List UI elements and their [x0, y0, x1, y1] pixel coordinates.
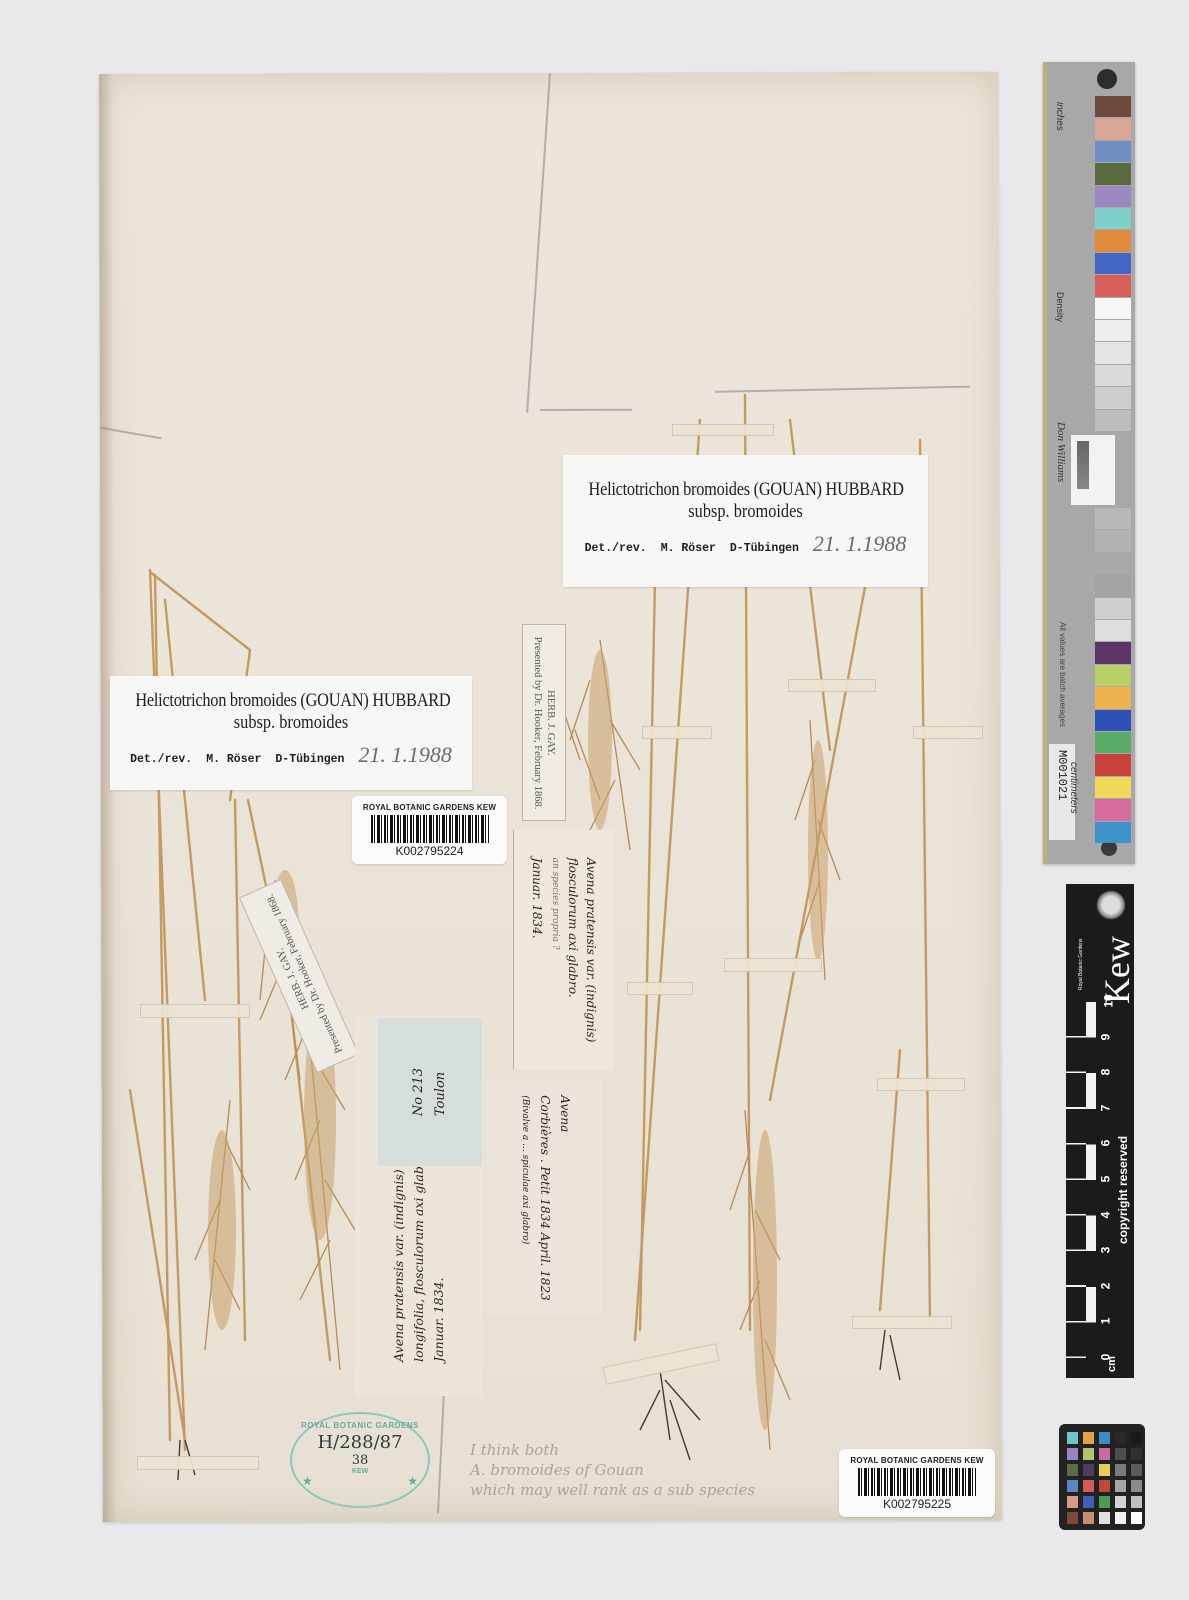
checker-patch [1131, 1464, 1142, 1476]
color-patch [1095, 754, 1131, 775]
color-patch [1095, 118, 1131, 139]
checker-patch [1083, 1512, 1094, 1524]
kew-cm-scale: Kew Royal Botanic Gardens copyright rese… [1066, 884, 1134, 1378]
ruler-number: 1 [1098, 1318, 1112, 1325]
kew-crest-icon [1096, 890, 1126, 920]
checker-patch [1131, 1480, 1142, 1492]
checker-patch [1067, 1432, 1078, 1444]
checker-patch [1115, 1496, 1126, 1508]
checker-patch [1083, 1448, 1094, 1460]
determination-label: Helictotrichon bromoides (GOUAN) HUBBARD… [563, 455, 928, 587]
determiner: M. Röser [661, 542, 716, 555]
note-line: an species propria ? [546, 858, 564, 1043]
note-line: I think both [470, 1440, 870, 1460]
note-line: A. bromoides of Gouan [470, 1460, 870, 1480]
color-patch [1095, 710, 1131, 731]
color-patch [1095, 208, 1131, 229]
checker-patch [1083, 1480, 1094, 1492]
color-patch [1095, 687, 1131, 708]
color-patch [1095, 163, 1131, 184]
note-line: which may well rank as a sub species [470, 1480, 870, 1500]
ruler-number: 5 [1098, 1176, 1112, 1183]
color-patch [1095, 508, 1131, 529]
handwritten-slip: Avena pratensis var. (indignis) flosculo… [513, 830, 614, 1070]
registration-dot-icon [1097, 69, 1117, 89]
ruler-number: 2 [1098, 1282, 1112, 1289]
color-patch [1095, 732, 1131, 753]
color-patch [1095, 298, 1131, 319]
color-patch [1095, 320, 1131, 341]
checker-patch [1099, 1464, 1110, 1476]
mounting-tape [672, 424, 774, 436]
brand-label: Don Williams [1055, 422, 1067, 482]
barcode-icon [371, 815, 489, 843]
determiner-line: Det./rev. M. Röser D-Tübingen 21. 1.1988 [110, 742, 472, 768]
note-line: (Bivalve a ... spiculae axi glabro) [515, 1095, 535, 1300]
scale-unit-top: inches [1054, 102, 1065, 131]
checker-patch [1083, 1432, 1094, 1444]
color-patch [1095, 253, 1131, 274]
mounting-tape [137, 1456, 259, 1470]
mounting-tape [724, 958, 822, 972]
det-location: D-Tübingen [730, 542, 799, 555]
collection-slip: HERB. J. GAY. Presented by Dr. Hooker, F… [522, 624, 566, 821]
color-patch [1095, 186, 1131, 207]
mounting-tape [642, 726, 712, 739]
color-patch [1095, 342, 1131, 363]
checker-patch [1131, 1432, 1142, 1444]
color-patch [1095, 575, 1131, 596]
ruler-number: 6 [1098, 1140, 1112, 1147]
density-label: Density [1055, 292, 1065, 322]
color-patch [1095, 799, 1131, 820]
checker-patch [1115, 1464, 1126, 1476]
ruler-number: 0 [1098, 1354, 1112, 1361]
det-date: 21. 1.1988 [358, 742, 452, 768]
star-icon: ★ [302, 1474, 313, 1488]
handwritten-slip-blue: No 213 Toulon [378, 1018, 482, 1166]
color-calibration-bar: inches Density Don Williams All values a… [1043, 62, 1135, 864]
scale-unit-bottom: centimeters [1068, 762, 1079, 814]
taxon-subspecies: subsp. bromoides [589, 501, 903, 523]
color-patch [1095, 665, 1131, 686]
pencil-annotation: I think both A. bromoides of Gouan which… [470, 1440, 870, 1500]
checker-patch [1083, 1464, 1094, 1476]
taxon-name: Helictotrichon bromoides (GOUAN) HUBBARD [135, 690, 446, 712]
ruler-number: 8 [1098, 1069, 1112, 1076]
mounting-tape [788, 679, 876, 692]
slip-herbarium: HERB. J. GAY. [544, 636, 557, 809]
checker-patch [1131, 1496, 1142, 1508]
color-patch [1095, 620, 1131, 641]
kew-herbarium-stamp: ROYAL BOTANIC GARDENS H/288/87 38 KEW ★ … [290, 1412, 430, 1508]
checker-patch [1115, 1480, 1126, 1492]
checker-patch [1099, 1512, 1110, 1524]
color-patch [1095, 275, 1131, 296]
note-line: Avena [555, 1095, 575, 1300]
determination-label: Helictotrichon bromoides (GOUAN) HUBBARD… [110, 676, 472, 790]
note-line: Januar. 1834. [528, 858, 546, 1043]
grass-specimens [0, 0, 1189, 1600]
batch-note: All values are batch averages [1058, 622, 1067, 727]
color-patch [1095, 822, 1131, 843]
scale-id: M001021 [1055, 750, 1069, 800]
mounting-tape [852, 1316, 952, 1329]
color-patch [1095, 141, 1131, 162]
mounting-tape [877, 1078, 965, 1091]
det-prefix: Det./rev. [585, 542, 647, 555]
handwritten-slip: Avena Corbières . Petit 1834 April. 1823… [487, 1080, 602, 1315]
det-location: D-Tübingen [275, 753, 344, 766]
color-patch [1095, 230, 1131, 251]
taxon-name: Helictotrichon bromoides (GOUAN) HUBBARD [589, 479, 903, 501]
ruler-ticks [1066, 1002, 1096, 1358]
barcode-label: ROYAL BOTANIC GARDENS KEW K002795224 [352, 796, 507, 864]
barcode-icon [858, 1468, 976, 1496]
checker-patch [1067, 1448, 1078, 1460]
checker-patch [1115, 1432, 1126, 1444]
note-line: No 213 [408, 1068, 430, 1116]
copyright-label: copyright reserved [1116, 1136, 1130, 1244]
ruler-number: 7 [1098, 1104, 1112, 1111]
ruler-number: 9 [1098, 1033, 1112, 1040]
barcode-institution: ROYAL BOTANIC GARDENS KEW [352, 803, 507, 812]
checker-patch [1067, 1480, 1078, 1492]
checker-patch [1131, 1512, 1142, 1524]
stamp-arc-top: ROYAL BOTANIC GARDENS [292, 1421, 428, 1430]
checker-patch [1099, 1480, 1110, 1492]
ruler-number: 10 [1102, 994, 1116, 1007]
checker-patch [1115, 1448, 1126, 1460]
note-line: flosculorum axi glabro. [564, 858, 582, 1043]
checker-patch [1099, 1448, 1110, 1460]
note-line: Corbières . Petit 1834 April. 1823 [535, 1095, 555, 1300]
color-checker-card [1059, 1424, 1145, 1530]
color-patch [1095, 96, 1131, 117]
checker-patch [1099, 1432, 1110, 1444]
checker-patch [1067, 1496, 1078, 1508]
color-patch [1095, 530, 1131, 551]
mounting-tape [913, 726, 983, 739]
mounting-tape [627, 982, 693, 995]
taxon-subspecies: subsp. bromoides [135, 712, 446, 734]
checker-patch [1099, 1496, 1110, 1508]
ruler-number: 3 [1098, 1247, 1112, 1254]
slip-presented: Presented by Dr. Hooker, February 1868. [531, 636, 544, 809]
determiner: M. Röser [206, 753, 261, 766]
stamp-sub: 38 [292, 1453, 428, 1468]
kew-subtitle: Royal Botanic Gardens [1078, 939, 1084, 990]
color-patch [1095, 553, 1131, 574]
ruler-number: 4 [1098, 1211, 1112, 1218]
stamp-number: H/288/87 [292, 1432, 428, 1453]
checker-patch [1083, 1496, 1094, 1508]
checker-patch [1067, 1464, 1078, 1476]
gray-target [1071, 435, 1115, 505]
det-prefix: Det./rev. [130, 753, 192, 766]
color-patch [1095, 365, 1131, 386]
color-patch [1095, 642, 1131, 663]
barcode-number: K002795224 [352, 844, 507, 858]
note-line: Avena pratensis var. (indignis) [582, 858, 600, 1043]
star-icon: ★ [407, 1474, 418, 1488]
checker-patch [1067, 1512, 1078, 1524]
determiner-line: Det./rev. M. Röser D-Tübingen 21. 1.1988 [563, 531, 928, 557]
checker-patch [1131, 1448, 1142, 1460]
color-patch [1095, 387, 1131, 408]
checker-patch [1115, 1512, 1126, 1524]
mounting-tape [140, 1004, 250, 1018]
color-patch [1095, 598, 1131, 619]
color-patch [1095, 410, 1131, 431]
det-date: 21. 1.1988 [813, 531, 907, 557]
note-line: Toulon [430, 1068, 452, 1116]
color-patch [1095, 777, 1131, 798]
